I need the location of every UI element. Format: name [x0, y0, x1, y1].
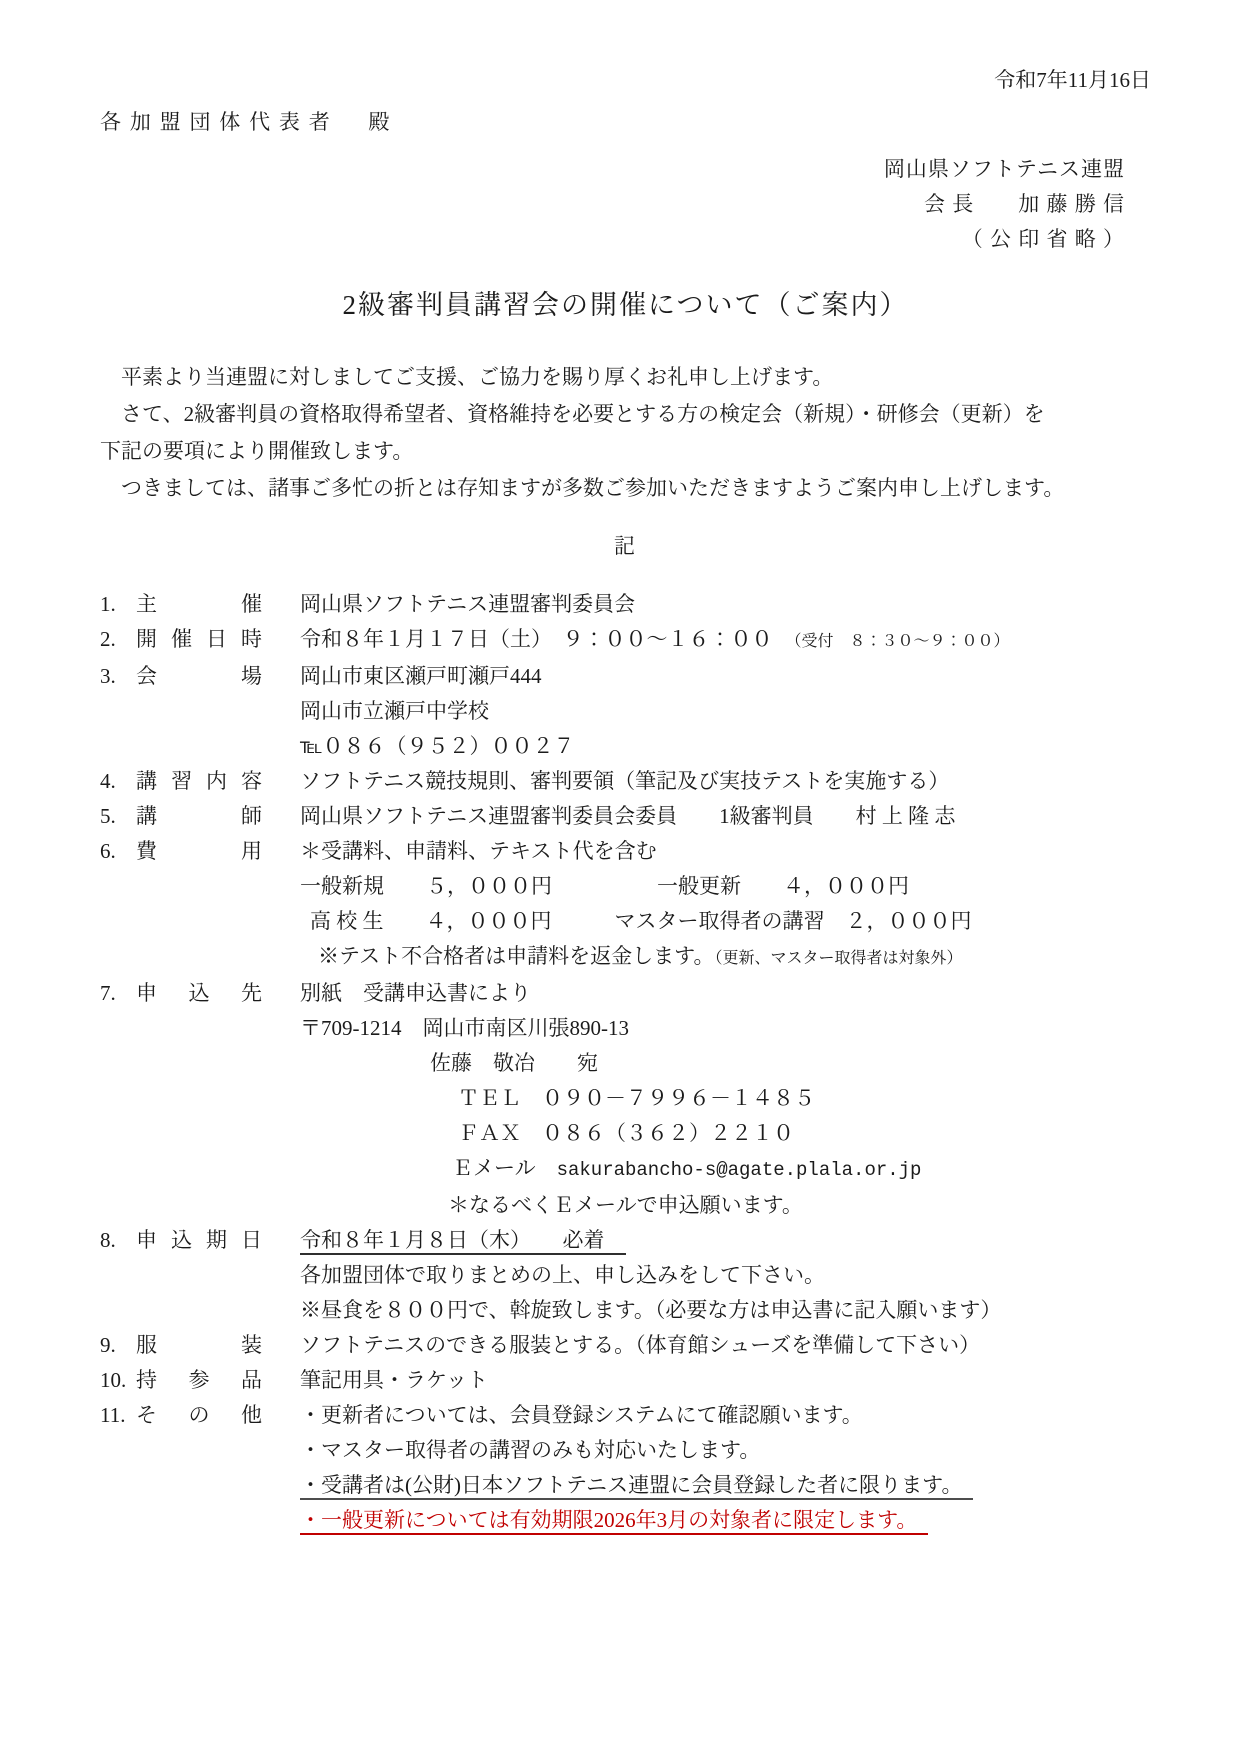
list-row: 佐藤 敬冶 宛	[100, 1046, 1151, 1081]
item-label: 講師	[136, 799, 262, 834]
item-number: 1.	[100, 587, 136, 622]
list-row: Ｅメール sakurabancho-s@agate.plala.or.jp	[100, 1151, 1151, 1188]
item-content: ＦＡＸ ０８６（３６２）２２１０	[458, 1116, 794, 1151]
item-content: Ｅメール sakurabancho-s@agate.plala.or.jp	[452, 1151, 921, 1188]
item-content: ※テスト不合格者は申請料を返金します。（更新、マスター取得者は対象外）	[318, 939, 963, 976]
item-text: ソフトテニス競技規則、審判要領（筆記及び実技テストを実施する）	[300, 769, 949, 793]
deadline-text: 令和８年１月８日（木） 必着	[300, 1228, 626, 1255]
item-text: ・マスター取得者の講習のみも対応いたします。	[300, 1438, 760, 1462]
item-text: 高 校 生 ４，０００円 マスター取得者の講習 ２，０００円	[310, 909, 972, 933]
list-row: 9.服装ソフトテニスのできる服装とする。（体育館シューズを準備して下さい）	[100, 1328, 1151, 1363]
item-number: 5.	[100, 799, 136, 834]
item-label: 申込期日	[136, 1223, 262, 1258]
items-list: 1.主催岡山県ソフトテニス連盟審判委員会2.開催日時令和８年１月１７日（土） ９…	[100, 587, 1151, 1538]
item-number: 9.	[100, 1328, 136, 1363]
list-row: 2.開催日時令和８年１月１７日（土） ９：００～１６：００ （受付 ８：３０～９…	[100, 622, 1151, 659]
greeting-paragraph: さて、2級審判員の資格取得希望者、資格維持を必要とする方の検定会（新規）・研修会…	[100, 396, 1151, 470]
item-text: 岡山市立瀬戸中学校	[300, 699, 489, 723]
item-content: ・更新者については、会員登録システムにて確認願います。	[300, 1398, 863, 1433]
recipient-name: 佐藤 敬冶 宛	[430, 1051, 598, 1075]
item-content: 岡山県ソフトテニス連盟審判委員会委員 1級審判員 村 上 隆 志	[300, 799, 955, 834]
item-text: ＊受講料、申請料、テキスト代を含む	[300, 839, 657, 863]
item-text: 一般新規 ５，０００円 一般更新 ４，０００円	[300, 874, 909, 898]
item-text: 岡山県ソフトテニス連盟審判委員会	[300, 592, 635, 616]
contact-tel: ＴＥＬ ０９０－７９９６－１４８５	[458, 1086, 815, 1110]
item-label: 服装	[136, 1328, 262, 1363]
item-number: 2.	[100, 622, 136, 657]
item-content: 岡山市東区瀬戸町瀬戸444	[300, 659, 542, 694]
record-marker: 記	[100, 531, 1151, 561]
item-content: 令和８年１月１７日（土） ９：００～１６：００ （受付 ８：３０～９：００）	[300, 622, 1010, 659]
list-row: 1.主催岡山県ソフトテニス連盟審判委員会	[100, 587, 1151, 622]
list-row: 岡山市立瀬戸中学校	[100, 694, 1151, 729]
item-text: ＊なるべくＥメールで申込願います。	[448, 1193, 803, 1217]
contact-fax: ＦＡＸ ０８６（３６２）２２１０	[458, 1121, 794, 1145]
membership-requirement-note: ・受講者は(公財)日本ソフトテニス連盟に会員登録した者に限ります。	[300, 1473, 973, 1500]
document-page: 令和7年11月16日 各加盟団体代表者 殿 岡山県ソフトテニス連盟 会 長 加 …	[0, 0, 1241, 1755]
item-label: 持参品	[136, 1363, 262, 1398]
list-row: 10.持参品筆記用具・ラケット	[100, 1363, 1151, 1398]
list-row: ℡０８６（９５２）００２７	[100, 729, 1151, 764]
seal-note: （ 公 印 省 略 ）	[100, 222, 1125, 257]
item-number: 6.	[100, 834, 136, 869]
issue-date: 令和7年11月16日	[100, 66, 1151, 94]
list-row: ・一般更新については有効期限2026年3月の対象者に限定します。	[100, 1503, 1151, 1538]
list-row: 8.申込期日令和８年１月８日（木） 必着	[100, 1223, 1151, 1258]
item-text: 岡山市東区瀬戸町瀬戸444	[300, 664, 542, 688]
list-row: 4.講習内容ソフトテニス競技規則、審判要領（筆記及び実技テストを実施する）	[100, 764, 1151, 799]
item-label: 費用	[136, 834, 262, 869]
addressee: 各加盟団体代表者 殿	[100, 108, 1151, 136]
item-label: 会場	[136, 659, 262, 694]
list-row: ・受講者は(公財)日本ソフトテニス連盟に会員登録した者に限ります。	[100, 1468, 1151, 1503]
document-title: 2級審判員講習会の開催について（ご案内）	[100, 285, 1151, 325]
item-label: 開催日時	[136, 622, 262, 657]
item-text: ・更新者については、会員登録システムにて確認願います。	[300, 1403, 863, 1427]
list-row: ・マスター取得者の講習のみも対応いたします。	[100, 1433, 1151, 1468]
list-row: ＦＡＸ ０８６（３６２）２２１０	[100, 1116, 1151, 1151]
item-text: ※テスト不合格者は申請料を返金します。	[318, 944, 714, 968]
greeting-paragraph: つきましては、諸事ご多忙の折とは存知ますが多数ご参加いただきますようご案内申し上…	[100, 470, 1151, 507]
sender-block: 岡山県ソフトテニス連盟 会 長 加 藤 勝 信 （ 公 印 省 略 ）	[100, 152, 1151, 257]
item-content: ソフトテニス競技規則、審判要領（筆記及び実技テストを実施する）	[300, 764, 949, 799]
item-content: 筆記用具・ラケット	[300, 1363, 488, 1398]
item-label: 講習内容	[136, 764, 262, 799]
list-row: 〒709-1214 岡山市南区川張890-13	[100, 1011, 1151, 1046]
venue-phone: ℡０８６（９５２）００２７	[300, 734, 575, 758]
item-content: 岡山県ソフトテニス連盟審判委員会	[300, 587, 635, 622]
item-content: 各加盟団体で取りまとめの上、申し込みをして下さい。	[300, 1258, 825, 1293]
item-content: ℡０８６（９５２）００２７	[300, 729, 575, 764]
item-content: ＊受講料、申請料、テキスト代を含む	[300, 834, 657, 869]
item-content: ＊なるべくＥメールで申込願います。	[448, 1188, 803, 1223]
item-content: 高 校 生 ４，０００円 マスター取得者の講習 ２，０００円	[310, 904, 972, 939]
item-content: ＴＥＬ ０９０－７９９６－１４８５	[458, 1081, 815, 1116]
item-content: 岡山市立瀬戸中学校	[300, 694, 489, 729]
list-row: ＊なるべくＥメールで申込願います。	[100, 1188, 1151, 1223]
item-content: 令和８年１月８日（木） 必着	[300, 1223, 626, 1258]
item-content: ・受講者は(公財)日本ソフトテニス連盟に会員登録した者に限ります。	[300, 1468, 973, 1503]
list-row: 11.その他・更新者については、会員登録システムにて確認願います。	[100, 1398, 1151, 1433]
list-row: 5.講師岡山県ソフトテニス連盟審判委員会委員 1級審判員 村 上 隆 志	[100, 799, 1151, 834]
greeting-section: 平素より当連盟に対しましてご支援、ご協力を賜り厚くお礼申し上げます。 さて、2級…	[100, 359, 1151, 507]
item-text: 各加盟団体で取りまとめの上、申し込みをして下さい。	[300, 1263, 825, 1287]
item-number: 8.	[100, 1223, 136, 1258]
item-number: 4.	[100, 764, 136, 799]
item-text: 岡山県ソフトテニス連盟審判委員会委員 1級審判員 村 上 隆 志	[300, 804, 955, 828]
item-text: 令和８年１月１７日（土） ９：００～１６：００	[300, 627, 794, 651]
postal-address: 〒709-1214 岡山市南区川張890-13	[300, 1016, 629, 1040]
item-content: ※昼食を８００円で、斡旋致します。（必要な方は申込書に記入願います）	[300, 1293, 1001, 1328]
item-text: Ｅメール	[452, 1156, 557, 1180]
item-text: 別紙 受講申込書により	[300, 981, 531, 1005]
item-content: ソフトテニスのできる服装とする。（体育館シューズを準備して下さい）	[300, 1328, 980, 1363]
item-label: その他	[136, 1398, 262, 1433]
list-row: 各加盟団体で取りまとめの上、申し込みをして下さい。	[100, 1258, 1151, 1293]
item-label: 主催	[136, 587, 262, 622]
item-text: ソフトテニスのできる服装とする。（体育館シューズを準備して下さい）	[300, 1333, 980, 1357]
list-row: 高 校 生 ４，０００円 マスター取得者の講習 ２，０００円	[100, 904, 1151, 939]
email-address: sakurabancho-s@agate.plala.or.jp	[557, 1159, 922, 1181]
item-number: 11.	[100, 1398, 136, 1433]
item-text: （更新、マスター取得者は対象外）	[714, 950, 962, 967]
list-row: 7.申込先別紙 受講申込書により	[100, 976, 1151, 1011]
item-number: 7.	[100, 976, 136, 1011]
list-row: ＴＥＬ ０９０－７９９６－１４８５	[100, 1081, 1151, 1116]
item-content: ・マスター取得者の講習のみも対応いたします。	[300, 1433, 760, 1468]
list-row: 一般新規 ５，０００円 一般更新 ４，０００円	[100, 869, 1151, 904]
list-row: ※昼食を８００円で、斡旋致します。（必要な方は申込書に記入願います）	[100, 1293, 1151, 1328]
item-number: 10.	[100, 1363, 136, 1398]
item-content: 〒709-1214 岡山市南区川張890-13	[300, 1011, 629, 1046]
list-row: 3.会場岡山市東区瀬戸町瀬戸444	[100, 659, 1151, 694]
item-text: 筆記用具・ラケット	[300, 1368, 488, 1392]
list-row: ※テスト不合格者は申請料を返金します。（更新、マスター取得者は対象外）	[100, 939, 1151, 976]
renewal-restriction-note: ・一般更新については有効期限2026年3月の対象者に限定します。	[300, 1508, 928, 1535]
item-content: 別紙 受講申込書により	[300, 976, 531, 1011]
item-content: 佐藤 敬冶 宛	[430, 1046, 598, 1081]
item-label: 申込先	[136, 976, 262, 1011]
item-number: 3.	[100, 659, 136, 694]
item-text: ※昼食を８００円で、斡旋致します。（必要な方は申込書に記入願います）	[300, 1298, 1001, 1322]
list-row: 6.費用＊受講料、申請料、テキスト代を含む	[100, 834, 1151, 869]
sender-org: 岡山県ソフトテニス連盟	[100, 152, 1125, 187]
item-text: （受付 ８：３０～９：００）	[794, 633, 1010, 650]
sender-president: 会 長 加 藤 勝 信	[100, 187, 1125, 222]
item-content: 一般新規 ５，０００円 一般更新 ４，０００円	[300, 869, 909, 904]
item-content: ・一般更新については有効期限2026年3月の対象者に限定します。	[300, 1503, 928, 1538]
greeting-paragraph: 平素より当連盟に対しましてご支援、ご協力を賜り厚くお礼申し上げます。	[100, 359, 1151, 396]
